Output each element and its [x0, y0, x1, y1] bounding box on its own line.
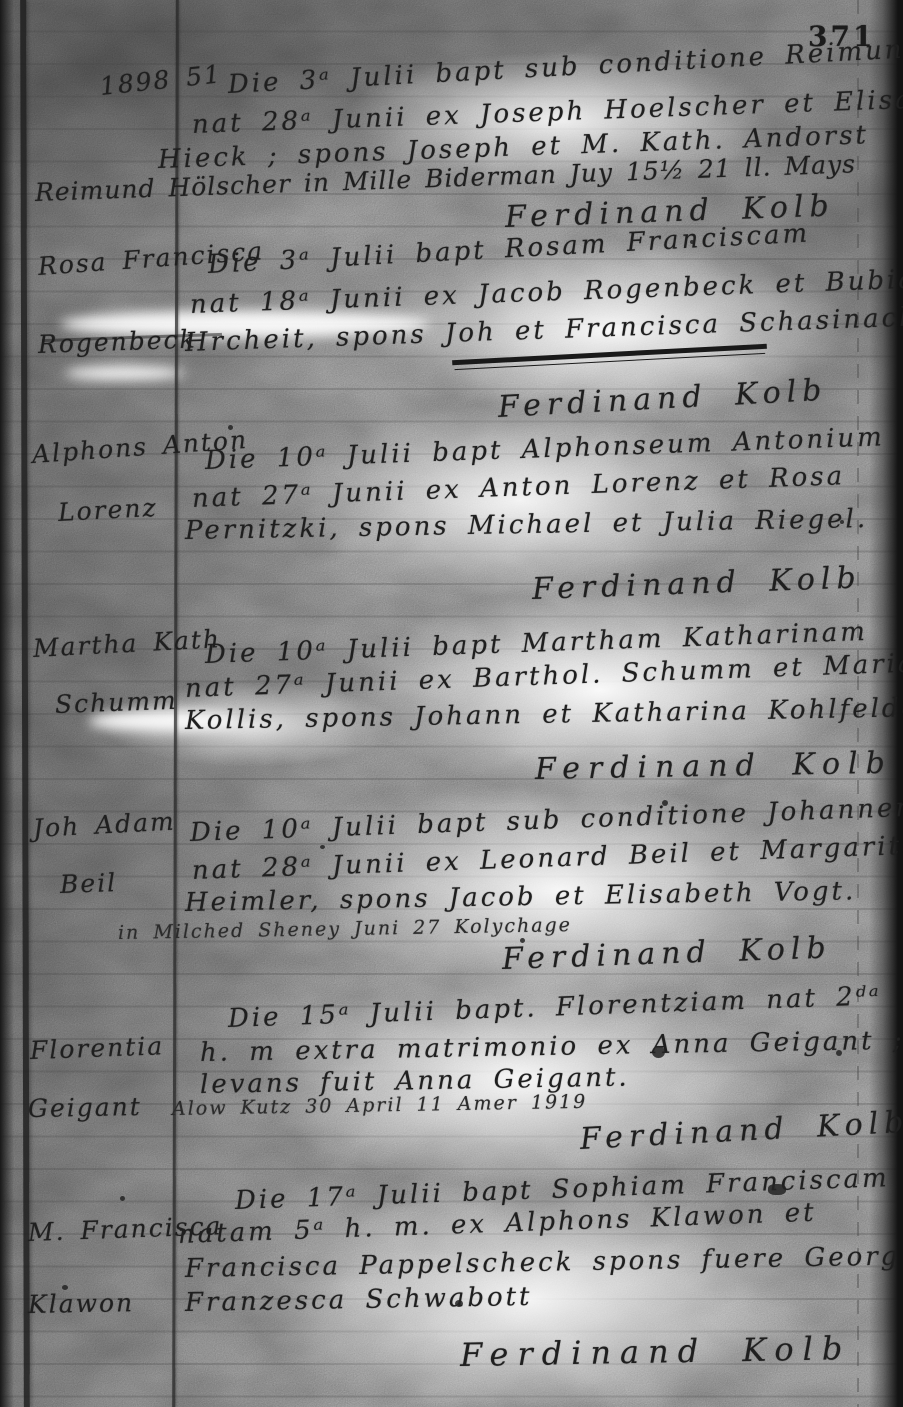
ink-blot — [768, 1184, 786, 1195]
entry-margin-name: Lorenz — [57, 493, 158, 527]
priest-signature: Ferdinand Kolb — [460, 1329, 852, 1374]
ink-speck — [662, 800, 668, 806]
ink-speck — [520, 938, 525, 943]
ink-speck — [455, 1300, 463, 1307]
ink-speck — [120, 1196, 125, 1201]
entry-margin-name: Schumm — [54, 686, 178, 719]
ink-blot — [652, 1046, 665, 1058]
entry-margin-name: Florentia — [29, 1031, 164, 1065]
ink-speck — [320, 845, 325, 849]
entry-margin-name: Rogenbeck — [37, 324, 197, 359]
whiteout-streak — [65, 366, 185, 380]
ink-speck — [62, 1285, 68, 1290]
ink-speck — [836, 1050, 842, 1056]
ink-speck — [228, 425, 233, 430]
left-scan-edge — [0, 0, 14, 1407]
entry-margin-name: Geigant — [28, 1092, 142, 1123]
ink-speck — [690, 240, 694, 244]
entry-body-line: Franzesca Schwabott — [185, 1282, 533, 1318]
entry-margin-name: Klawon — [28, 1288, 135, 1319]
register-page-scan: 371 1898 51 Die 3ᵃ Julii bapt sub condit… — [0, 0, 903, 1407]
ink-speck — [840, 520, 844, 524]
priest-signature: Ferdinand Kolb — [535, 746, 893, 787]
entry-margin-name: Beil — [59, 868, 117, 899]
